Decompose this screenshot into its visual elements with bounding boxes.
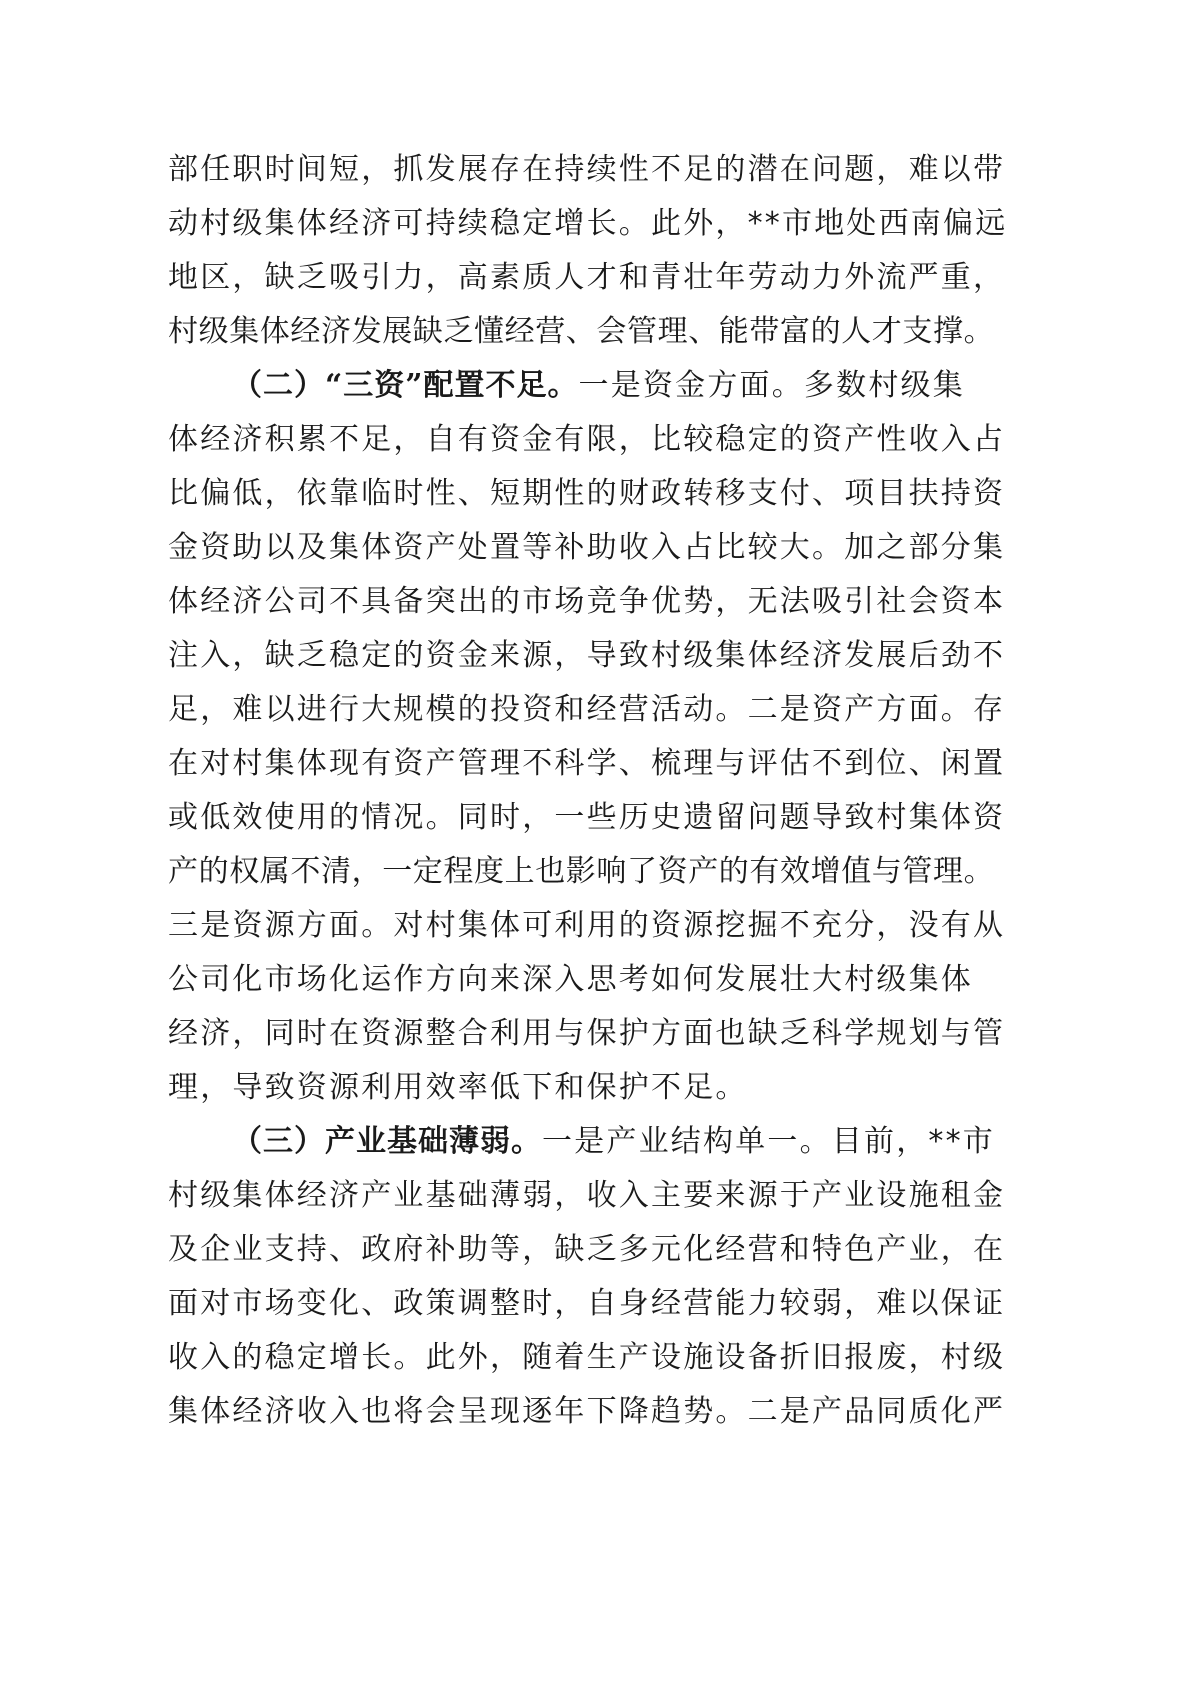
paragraph-line: 公司化市场化运作方向来深入思考如何发展壮大村级集体 [168,953,958,1007]
paragraph-line: 部任职时间短，抓发展存在持续性不足的潜在问题，难以带 [168,143,958,197]
paragraph-line: 注入，缺乏稳定的资金来源，导致村级集体经济发展后劲不 [168,629,958,683]
paragraph-line: 地区，缺乏吸引力，高素质人才和青壮年劳动力外流严重， [168,251,958,305]
section-2-heading: （二）“三资”配置不足。 [232,368,579,403]
paragraph-line: 体经济积累不足，自有资金有限，比较稳定的资产性收入占 [168,413,958,467]
section-3-first-line: （三）产业基础薄弱。一是产业结构单一。目前，**市 [168,1115,958,1169]
section-3-first-line-text: 一是产业结构单一。目前，**市 [542,1124,995,1159]
paragraph-line: 在对村集体现有资产管理不科学、梳理与评估不到位、闲置 [168,737,958,791]
document-page: 部任职时间短，抓发展存在持续性不足的潜在问题，难以带 动村级集体经济可持续稳定增… [168,143,958,1439]
paragraph-line: 或低效使用的情况。同时，一些历史遗留问题导致村集体资 [168,791,958,845]
paragraph-line: 比偏低，依靠临时性、短期性的财政转移支付、项目扶持资 [168,467,958,521]
paragraph-line: 面对市场变化、政策调整时，自身经营能力较弱，难以保证 [168,1277,958,1331]
paragraph-line: 村级集体经济发展缺乏懂经营、会管理、能带富的人才支撑。 [168,305,958,359]
paragraph-line: 及企业支持、政府补助等，缺乏多元化经营和特色产业，在 [168,1223,958,1277]
section-2-first-line: （二）“三资”配置不足。一是资金方面。多数村级集 [168,359,958,413]
section-3-heading: （三）产业基础薄弱。 [232,1124,542,1159]
paragraph-line: 理，导致资源利用效率低下和保护不足。 [168,1061,958,1115]
paragraph-line: 动村级集体经济可持续稳定增长。此外，**市地处西南偏远 [168,197,958,251]
paragraph-line: 体经济公司不具备突出的市场竞争优势，无法吸引社会资本 [168,575,958,629]
paragraph-line: 村级集体经济产业基础薄弱，收入主要来源于产业设施租金 [168,1169,958,1223]
paragraph-line: 金资助以及集体资产处置等补助收入占比较大。加之部分集 [168,521,958,575]
paragraph-line: 三是资源方面。对村集体可利用的资源挖掘不充分，没有从 [168,899,958,953]
paragraph-line: 经济，同时在资源整合利用与保护方面也缺乏科学规划与管 [168,1007,958,1061]
section-2-first-line-text: 一是资金方面。多数村级集 [579,368,965,403]
paragraph-line: 产的权属不清，一定程度上也影响了资产的有效增值与管理。 [168,845,958,899]
paragraph-line: 收入的稳定增长。此外，随着生产设施设备折旧报废，村级 [168,1331,958,1385]
paragraph-line: 足，难以进行大规模的投资和经营活动。二是资产方面。存 [168,683,958,737]
paragraph-line: 集体经济收入也将会呈现逐年下降趋势。二是产品同质化严 [168,1385,958,1439]
